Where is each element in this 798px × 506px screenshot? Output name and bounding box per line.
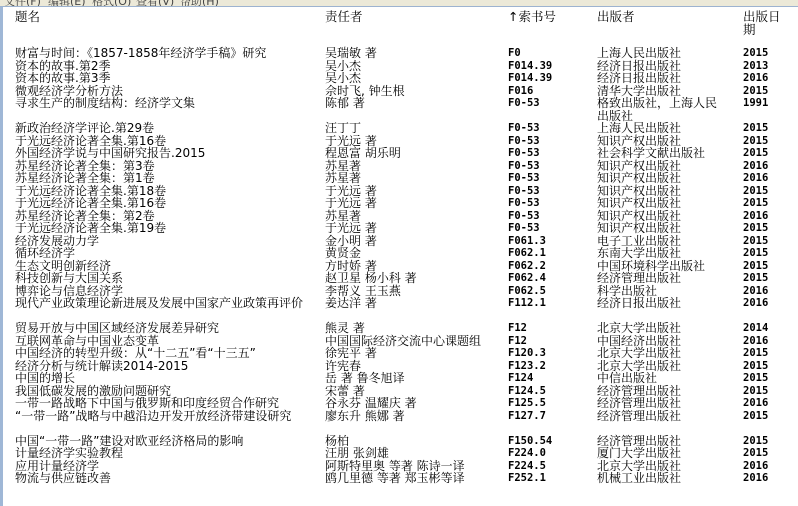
menu-bar: 文件(F) 编辑(E) 格式(O) 查看(V) 帮助(H) <box>0 0 798 7</box>
author-cell: 徐宪平 著 <box>325 347 377 360</box>
table-row[interactable]: 循环经济学黄贤金F062.1东南大学出版社2015 <box>0 247 798 260</box>
table-row[interactable]: 新政治经济学评论.第29卷汪丁丁F0-53上海人民出版社2015 <box>0 122 798 135</box>
menu-format[interactable]: 格式(O) <box>92 0 131 7</box>
call-number-cell: F124.5 <box>508 385 546 398</box>
publisher-cell: 经济日报出版社 <box>597 72 727 85</box>
call-number-cell: F0-53 <box>508 160 540 173</box>
column-header-year[interactable]: 出版日期 <box>743 10 783 36</box>
call-number-cell: F125.5 <box>508 397 546 410</box>
author-cell: 岳 著 鲁冬旭译 <box>325 372 405 385</box>
publisher-cell: 经济管理出版社 <box>597 410 727 423</box>
call-number-cell: F120.3 <box>508 347 546 360</box>
year-cell: 2015 <box>743 247 768 260</box>
table-row[interactable]: 物流与供应链改善鸥几里德 等著 郑玉彬等译F252.1机械工业出版社2016 <box>0 472 798 485</box>
year-cell: 2015 <box>743 85 768 98</box>
table-row[interactable]: 于光远经济论著全集.第16卷于光远 著F0-53知识产权出版社2015 <box>0 197 798 210</box>
table-row[interactable]: “一带一路”战略与中越沿边开发开放经济带建设研究廖东升 熊娜 著F127.7经济… <box>0 410 798 423</box>
year-cell: 2015 <box>743 222 768 235</box>
call-number-cell: F0-53 <box>508 210 540 223</box>
author-cell: 姜达洋 著 <box>325 297 377 310</box>
year-cell: 1991 <box>743 97 768 110</box>
author-cell: 吴瑞敏 著 <box>325 47 377 60</box>
publisher-cell: 上海人民出版社 <box>597 122 727 135</box>
year-cell: 2015 <box>743 122 768 135</box>
year-cell: 2015 <box>743 360 768 373</box>
table-row[interactable]: 计量经济学实验教程汪朋 张剑雄F224.0厦门大学出版社2015 <box>0 447 798 460</box>
year-cell: 2015 <box>743 135 768 148</box>
call-number-cell: F123.2 <box>508 360 546 373</box>
call-number-cell: F016 <box>508 85 533 98</box>
publisher-cell: 知识产权出版社 <box>597 197 727 210</box>
author-cell: 于光远 著 <box>325 197 377 210</box>
publisher-cell: 经济日报出版社 <box>597 297 727 310</box>
call-number-cell: F0 <box>508 47 521 60</box>
title-cell: 中国的增长 <box>15 372 315 385</box>
title-cell: 贸易开放与中国区域经济发展差异研究 <box>15 322 315 335</box>
year-cell: 2015 <box>743 197 768 210</box>
author-cell: 谷永芬 温耀庆 著 <box>325 397 417 410</box>
call-number-cell: F0-53 <box>508 122 540 135</box>
author-cell: 于光远 著 <box>325 222 377 235</box>
author-cell: 鸥几里德 等著 郑玉彬等译 <box>325 472 465 485</box>
call-number-cell: F150.54 <box>508 435 552 448</box>
menu-help[interactable]: 帮助(H) <box>180 0 219 7</box>
title-cell: 科技创新与大国关系 <box>15 272 315 285</box>
year-cell: 2016 <box>743 210 768 223</box>
year-cell: 2015 <box>743 235 768 248</box>
title-cell: “一带一路”战略与中越沿边开发开放经济带建设研究 <box>15 410 315 423</box>
column-header-publisher[interactable]: 出版者 <box>597 10 635 23</box>
table-row[interactable]: 一带一路战略下中国与俄罗斯和印度经贸合作研究谷永芬 温耀庆 著F125.5经济管… <box>0 397 798 410</box>
publisher-cell: 社会科学文献出版社 <box>597 147 727 160</box>
title-cell: 苏星经济论著全集：第1卷 <box>15 172 315 185</box>
year-cell: 2016 <box>743 335 768 348</box>
call-number-cell: F127.7 <box>508 410 546 423</box>
year-cell: 2015 <box>743 47 768 60</box>
call-number-cell: F12 <box>508 322 527 335</box>
table-row[interactable]: 苏星经济论著全集：第1卷苏星著F0-53知识产权出版社2016 <box>0 172 798 185</box>
publisher-cell: 中信出版社 <box>597 372 727 385</box>
title-cell: 中国经济的转型升级：从“十二五”看“十三五” <box>15 347 315 360</box>
menu-edit[interactable]: 编辑(E) <box>48 0 86 7</box>
title-cell: 外国经济学说与中国研究报告.2015 <box>15 147 315 160</box>
publisher-cell: 机械工业出版社 <box>597 472 727 485</box>
title-cell: 新政治经济学评论.第29卷 <box>15 122 315 135</box>
table-row[interactable]: 于光远经济论著全集.第19卷于光远 著F0-53知识产权出版社2015 <box>0 222 798 235</box>
year-cell: 2016 <box>743 172 768 185</box>
author-cell: 陈郁 著 <box>325 97 365 110</box>
call-number-cell: F014.39 <box>508 72 552 85</box>
call-number-cell: F224.0 <box>508 447 546 460</box>
call-number-cell: F062.1 <box>508 247 546 260</box>
year-cell: 2015 <box>743 410 768 423</box>
year-cell: 2016 <box>743 460 768 473</box>
column-header-title[interactable]: 题名 <box>15 10 40 23</box>
table-row[interactable]: 贸易开放与中国区域经济发展差异研究熊灵 著F12北京大学出版社2014 <box>0 322 798 335</box>
publisher-cell: 经济管理出版社 <box>597 272 727 285</box>
menu-file[interactable]: 文件(F) <box>4 0 41 7</box>
table-row[interactable]: 中国的增长岳 著 鲁冬旭译F124中信出版社2015 <box>0 372 798 385</box>
publisher-cell: 北京大学出版社 <box>597 322 727 335</box>
call-number-cell: F062.2 <box>508 260 546 273</box>
call-number-cell: F0-53 <box>508 222 540 235</box>
year-cell: 2015 <box>743 147 768 160</box>
call-number-cell: F0-53 <box>508 135 540 148</box>
author-cell: 汪朋 张剑雄 <box>325 447 389 460</box>
table-row[interactable]: 科技创新与大国关系赵卫星 杨小科 著F062.4经济管理出版社2015 <box>0 272 798 285</box>
call-number-cell: F014.39 <box>508 60 552 73</box>
call-number-cell: F224.5 <box>508 460 546 473</box>
year-cell: 2015 <box>743 347 768 360</box>
year-cell: 2015 <box>743 260 768 273</box>
author-cell: 程恩富 胡乐明 <box>325 147 401 160</box>
call-number-cell: F0-53 <box>508 172 540 185</box>
table-row[interactable]: 中国经济的转型升级：从“十二五”看“十三五”徐宪平 著F120.3北京大学出版社… <box>0 347 798 360</box>
menu-view[interactable]: 查看(V) <box>136 0 174 7</box>
call-number-cell: F12 <box>508 335 527 348</box>
table-row[interactable]: 外国经济学说与中国研究报告.2015程恩富 胡乐明F0-53社会科学文献出版社2… <box>0 147 798 160</box>
call-number-cell: F112.1 <box>508 297 546 310</box>
table-row[interactable]: 寻求生产的制度结构：经济学文集陈郁 著F0-53格致出版社，上海人民出版社199… <box>0 97 798 110</box>
author-cell: 赵卫星 杨小科 著 <box>325 272 417 285</box>
author-cell: 吴小杰 <box>325 72 361 85</box>
author-cell: 黄贤金 <box>325 247 361 260</box>
title-cell: 于光远经济论著全集.第19卷 <box>15 222 315 235</box>
year-cell: 2013 <box>743 60 768 73</box>
author-cell: 苏星著 <box>325 172 361 185</box>
call-number-cell: F062.5 <box>508 285 546 298</box>
title-cell: 物流与供应链改善 <box>15 472 315 485</box>
publisher-cell: 知识产权出版社 <box>597 172 727 185</box>
call-number-cell: F0-53 <box>508 97 540 110</box>
year-cell: 2015 <box>743 185 768 198</box>
publisher-cell: 知识产权出版社 <box>597 222 727 235</box>
year-cell: 2016 <box>743 472 768 485</box>
column-header-call-number[interactable]: ↑索书号 <box>508 10 556 23</box>
year-cell: 2016 <box>743 160 768 173</box>
publisher-cell: 经济管理出版社 <box>597 397 727 410</box>
year-cell: 2015 <box>743 385 768 398</box>
publisher-cell: 格致出版社，上海人民出版社 <box>597 97 727 122</box>
title-cell: 一带一路战略下中国与俄罗斯和印度经贸合作研究 <box>15 397 315 410</box>
year-cell: 2015 <box>743 372 768 385</box>
title-cell: 财富与时间：《1857-1858年经济学手稿》研究 <box>15 47 315 60</box>
table-row[interactable]: 财富与时间：《1857-1858年经济学手稿》研究吴瑞敏 著F0上海人民出版社2… <box>0 47 798 60</box>
publisher-cell: 北京大学出版社 <box>597 347 727 360</box>
title-cell: 计量经济学实验教程 <box>15 447 315 460</box>
column-header-author[interactable]: 责任者 <box>325 10 363 23</box>
year-cell: 2015 <box>743 447 768 460</box>
year-cell: 2015 <box>743 435 768 448</box>
title-cell: 寻求生产的制度结构：经济学文集 <box>15 97 315 110</box>
year-cell: 2014 <box>743 322 768 335</box>
year-cell: 2016 <box>743 397 768 410</box>
call-number-cell: F0-53 <box>508 197 540 210</box>
call-number-cell: F252.1 <box>508 472 546 485</box>
call-number-cell: F061.3 <box>508 235 546 248</box>
year-cell: 2016 <box>743 297 768 310</box>
year-cell: 2016 <box>743 72 768 85</box>
call-number-cell: F0-53 <box>508 147 540 160</box>
author-cell: 熊灵 著 <box>325 322 365 335</box>
call-number-cell: F062.4 <box>508 272 546 285</box>
title-cell: 现代产业政策理论新进展及发展中国家产业政策再评价 <box>15 297 315 310</box>
publisher-cell: 东南大学出版社 <box>597 247 727 260</box>
author-cell: 汪丁丁 <box>325 122 361 135</box>
author-cell: 廖东升 熊娜 著 <box>325 410 405 423</box>
table-row[interactable]: 资本的故事.第3季吴小杰F014.39经济日报出版社2016 <box>0 72 798 85</box>
title-cell: 循环经济学 <box>15 247 315 260</box>
publisher-cell: 厦门大学出版社 <box>597 447 727 460</box>
table-row[interactable]: 现代产业政策理论新进展及发展中国家产业政策再评价姜达洋 著F112.1经济日报出… <box>0 297 798 310</box>
title-cell: 于光远经济论著全集.第16卷 <box>15 197 315 210</box>
publisher-cell: 上海人民出版社 <box>597 47 727 60</box>
call-number-cell: F0-53 <box>508 185 540 198</box>
year-cell: 2016 <box>743 285 768 298</box>
call-number-cell: F124 <box>508 372 533 385</box>
title-cell: 资本的故事.第3季 <box>15 72 315 85</box>
sort-ascending-icon: ↑ <box>508 9 518 24</box>
year-cell: 2015 <box>743 272 768 285</box>
